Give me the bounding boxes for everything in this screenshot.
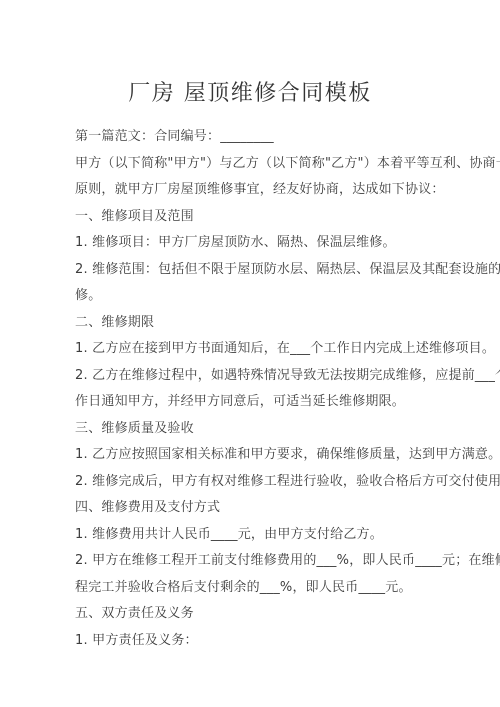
document-line: 甲方（以下简称"甲方"）与乙方（以下简称"乙方"）本着平等互利、协商一致的 <box>75 151 440 178</box>
document-line: 1. 乙方应按照国家相关标准和甲方要求，确保维修质量，达到甲方满意。 <box>75 442 440 469</box>
document-page: 厂房 屋顶维修合同模板 第一篇范文：合同编号：________甲方（以下简称"甲… <box>0 0 500 707</box>
document-line: 2. 维修完成后，甲方有权对维修工程进行验收，验收合格后方可交付使用。 <box>75 469 440 496</box>
document-line: 1. 维修费用共计人民币____元，由甲方支付给乙方。 <box>75 522 440 549</box>
document-line: 第一篇范文：合同编号：________ <box>75 124 440 151</box>
document-line: 原则，就甲方厂房屋顶维修事宜，经友好协商，达成如下协议： <box>75 177 440 204</box>
document-line: 一、维修项目及范围 <box>75 204 440 231</box>
document-line: 程完工并验收合格后支付剩余的___%，即人民币____元。 <box>75 575 440 602</box>
document-line: 1. 甲方责任及义务： <box>75 628 440 655</box>
document-line: 1. 乙方应在接到甲方书面通知后，在___个工作日内完成上述维修项目。 <box>75 336 440 363</box>
document-line: 2. 甲方在维修工程开工前支付维修费用的___%，即人民币____元；在维修工 <box>75 548 440 575</box>
document-line: 2. 乙方在维修过程中，如遇特殊情况导致无法按期完成维修，应提前___个工 <box>75 363 440 390</box>
document-title: 厂房 屋顶维修合同模板 <box>0 80 500 107</box>
document-line: 二、维修期限 <box>75 310 440 337</box>
document-line: 四、维修费用及支付方式 <box>75 495 440 522</box>
document-line: 2. 维修范围：包括但不限于屋顶防水层、隔热层、保温层及其配套设施的维 <box>75 257 440 284</box>
document-line: 1. 维修项目：甲方厂房屋顶防水、隔热、保温层维修。 <box>75 230 440 257</box>
document-line: 作日通知甲方，并经甲方同意后，可适当延长维修期限。 <box>75 389 440 416</box>
document-line: 五、双方责任及义务 <box>75 601 440 628</box>
document-body: 第一篇范文：合同编号：________甲方（以下简称"甲方"）与乙方（以下简称"… <box>75 124 440 654</box>
document-line: 三、维修质量及验收 <box>75 416 440 443</box>
document-line: 修。 <box>75 283 440 310</box>
